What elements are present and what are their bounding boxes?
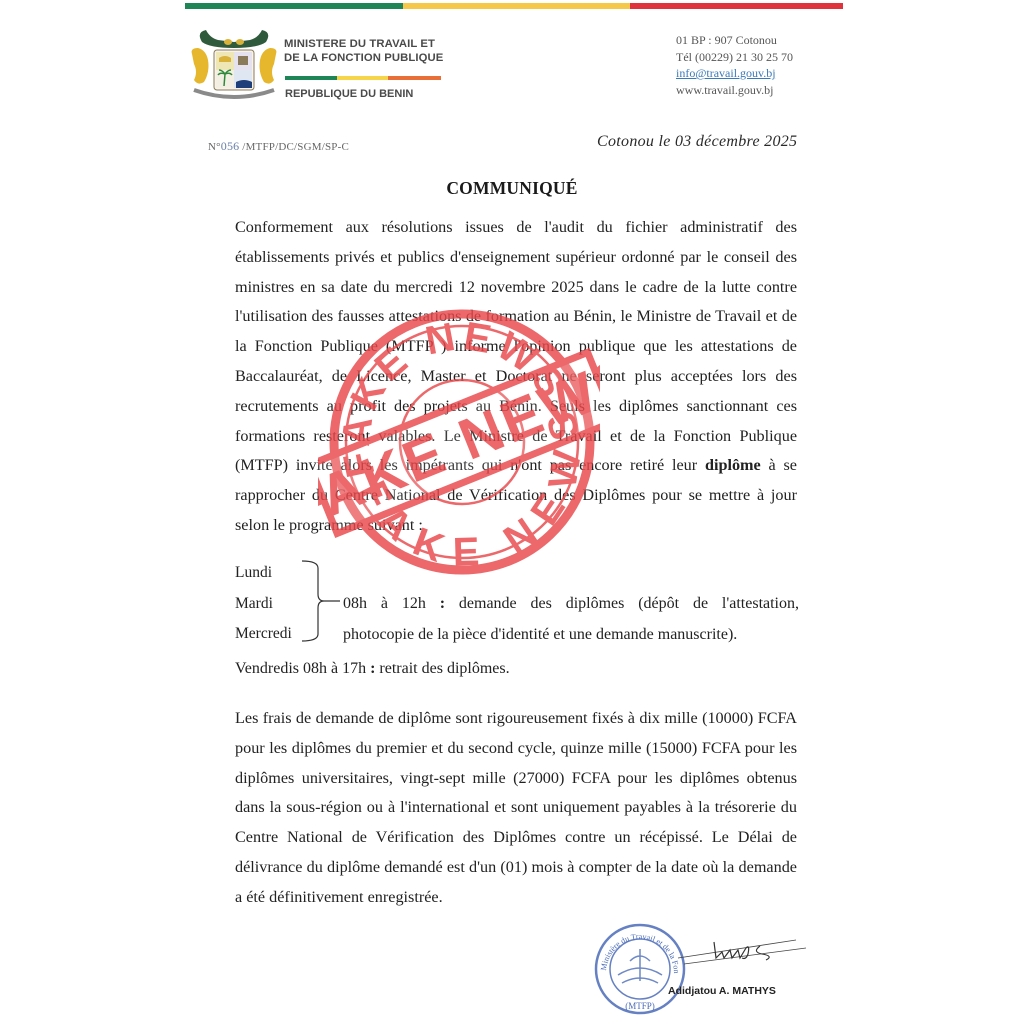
paragraph-intro-bold: diplôme	[705, 456, 761, 474]
day-monday: Lundi	[235, 558, 292, 589]
schedule-desc-line2: photocopie de la pièce d'identité et une…	[343, 626, 737, 643]
coat-of-arms-icon	[188, 28, 280, 104]
svg-text:Ministère du Travail et de la: Ministère du Travail et de la Fonction P…	[592, 921, 681, 974]
phone: Tél (00229) 21 30 25 70	[676, 49, 793, 66]
schedule-separator: :	[426, 595, 459, 612]
reference-prefix: N°	[208, 141, 221, 153]
minibar-red	[388, 76, 441, 80]
official-seal-icon: Ministère du Travail et de la Fonction P…	[592, 921, 688, 1017]
po-box: 01 BP : 907 Cotonou	[676, 32, 793, 49]
website: www.travail.gouv.bj	[676, 82, 793, 99]
document-date: Cotonou le 03 décembre 2025	[597, 133, 797, 151]
republic-name: REPUBLIQUE DU BENIN	[285, 88, 413, 100]
ministry-color-bar	[285, 76, 441, 80]
flag-yellow-segment	[403, 3, 630, 9]
signature-scribble	[676, 930, 816, 970]
ministry-name: MINISTERE DU TRAVAIL ET DE LA FONCTION P…	[284, 37, 443, 65]
flag-red-segment	[630, 3, 843, 9]
reference-code: /MTFP/DC/SGM/SP-C	[239, 141, 349, 153]
schedule-days: Lundi Mardi Mercredi	[235, 558, 292, 650]
day-wednesday: Mercredi	[235, 619, 292, 650]
signer-name: Adidjatou A. MATHYS	[668, 985, 776, 997]
svg-text:(MTFP): (MTFP)	[625, 1001, 655, 1011]
paragraph-intro-text: Conformement aux résolutions issues de l…	[235, 218, 797, 474]
minibar-yellow	[337, 76, 388, 80]
schedule-description: 08h à 12h : demande des diplômes (dépôt …	[343, 588, 799, 650]
friday-label: Vendredis 08h à 17h	[235, 660, 366, 677]
reference-num: 056	[221, 139, 240, 153]
ministry-name-line2: DE LA FONCTION PUBLIQUE	[284, 51, 443, 65]
schedule-hours: 08h à 12h	[343, 595, 426, 612]
minibar-green	[285, 76, 337, 80]
friday-text: retrait des diplômes.	[379, 660, 509, 677]
flag-color-bar	[185, 3, 843, 9]
ministry-name-line1: MINISTERE DU TRAVAIL ET	[284, 37, 443, 51]
document-title: COMMUNIQUÉ	[0, 178, 1024, 199]
paragraph-intro: Conformement aux résolutions issues de l…	[235, 213, 797, 541]
day-tuesday: Mardi	[235, 589, 292, 620]
friday-schedule: Vendredis 08h à 17h : retrait des diplôm…	[235, 660, 510, 678]
friday-separator: :	[366, 660, 379, 677]
brace-icon	[300, 560, 340, 642]
flag-green-segment	[185, 3, 403, 9]
contact-block: 01 BP : 907 Cotonou Tél (00229) 21 30 25…	[676, 32, 793, 98]
reference-number: N°056 /MTFP/DC/SGM/SP-C	[208, 139, 349, 154]
paragraph-fees: Les frais de demande de diplôme sont rig…	[235, 704, 797, 913]
email-link[interactable]: info@travail.gouv.bj	[676, 65, 793, 82]
schedule-desc-line1: demande des diplômes (dépôt de l'attesta…	[459, 595, 799, 612]
